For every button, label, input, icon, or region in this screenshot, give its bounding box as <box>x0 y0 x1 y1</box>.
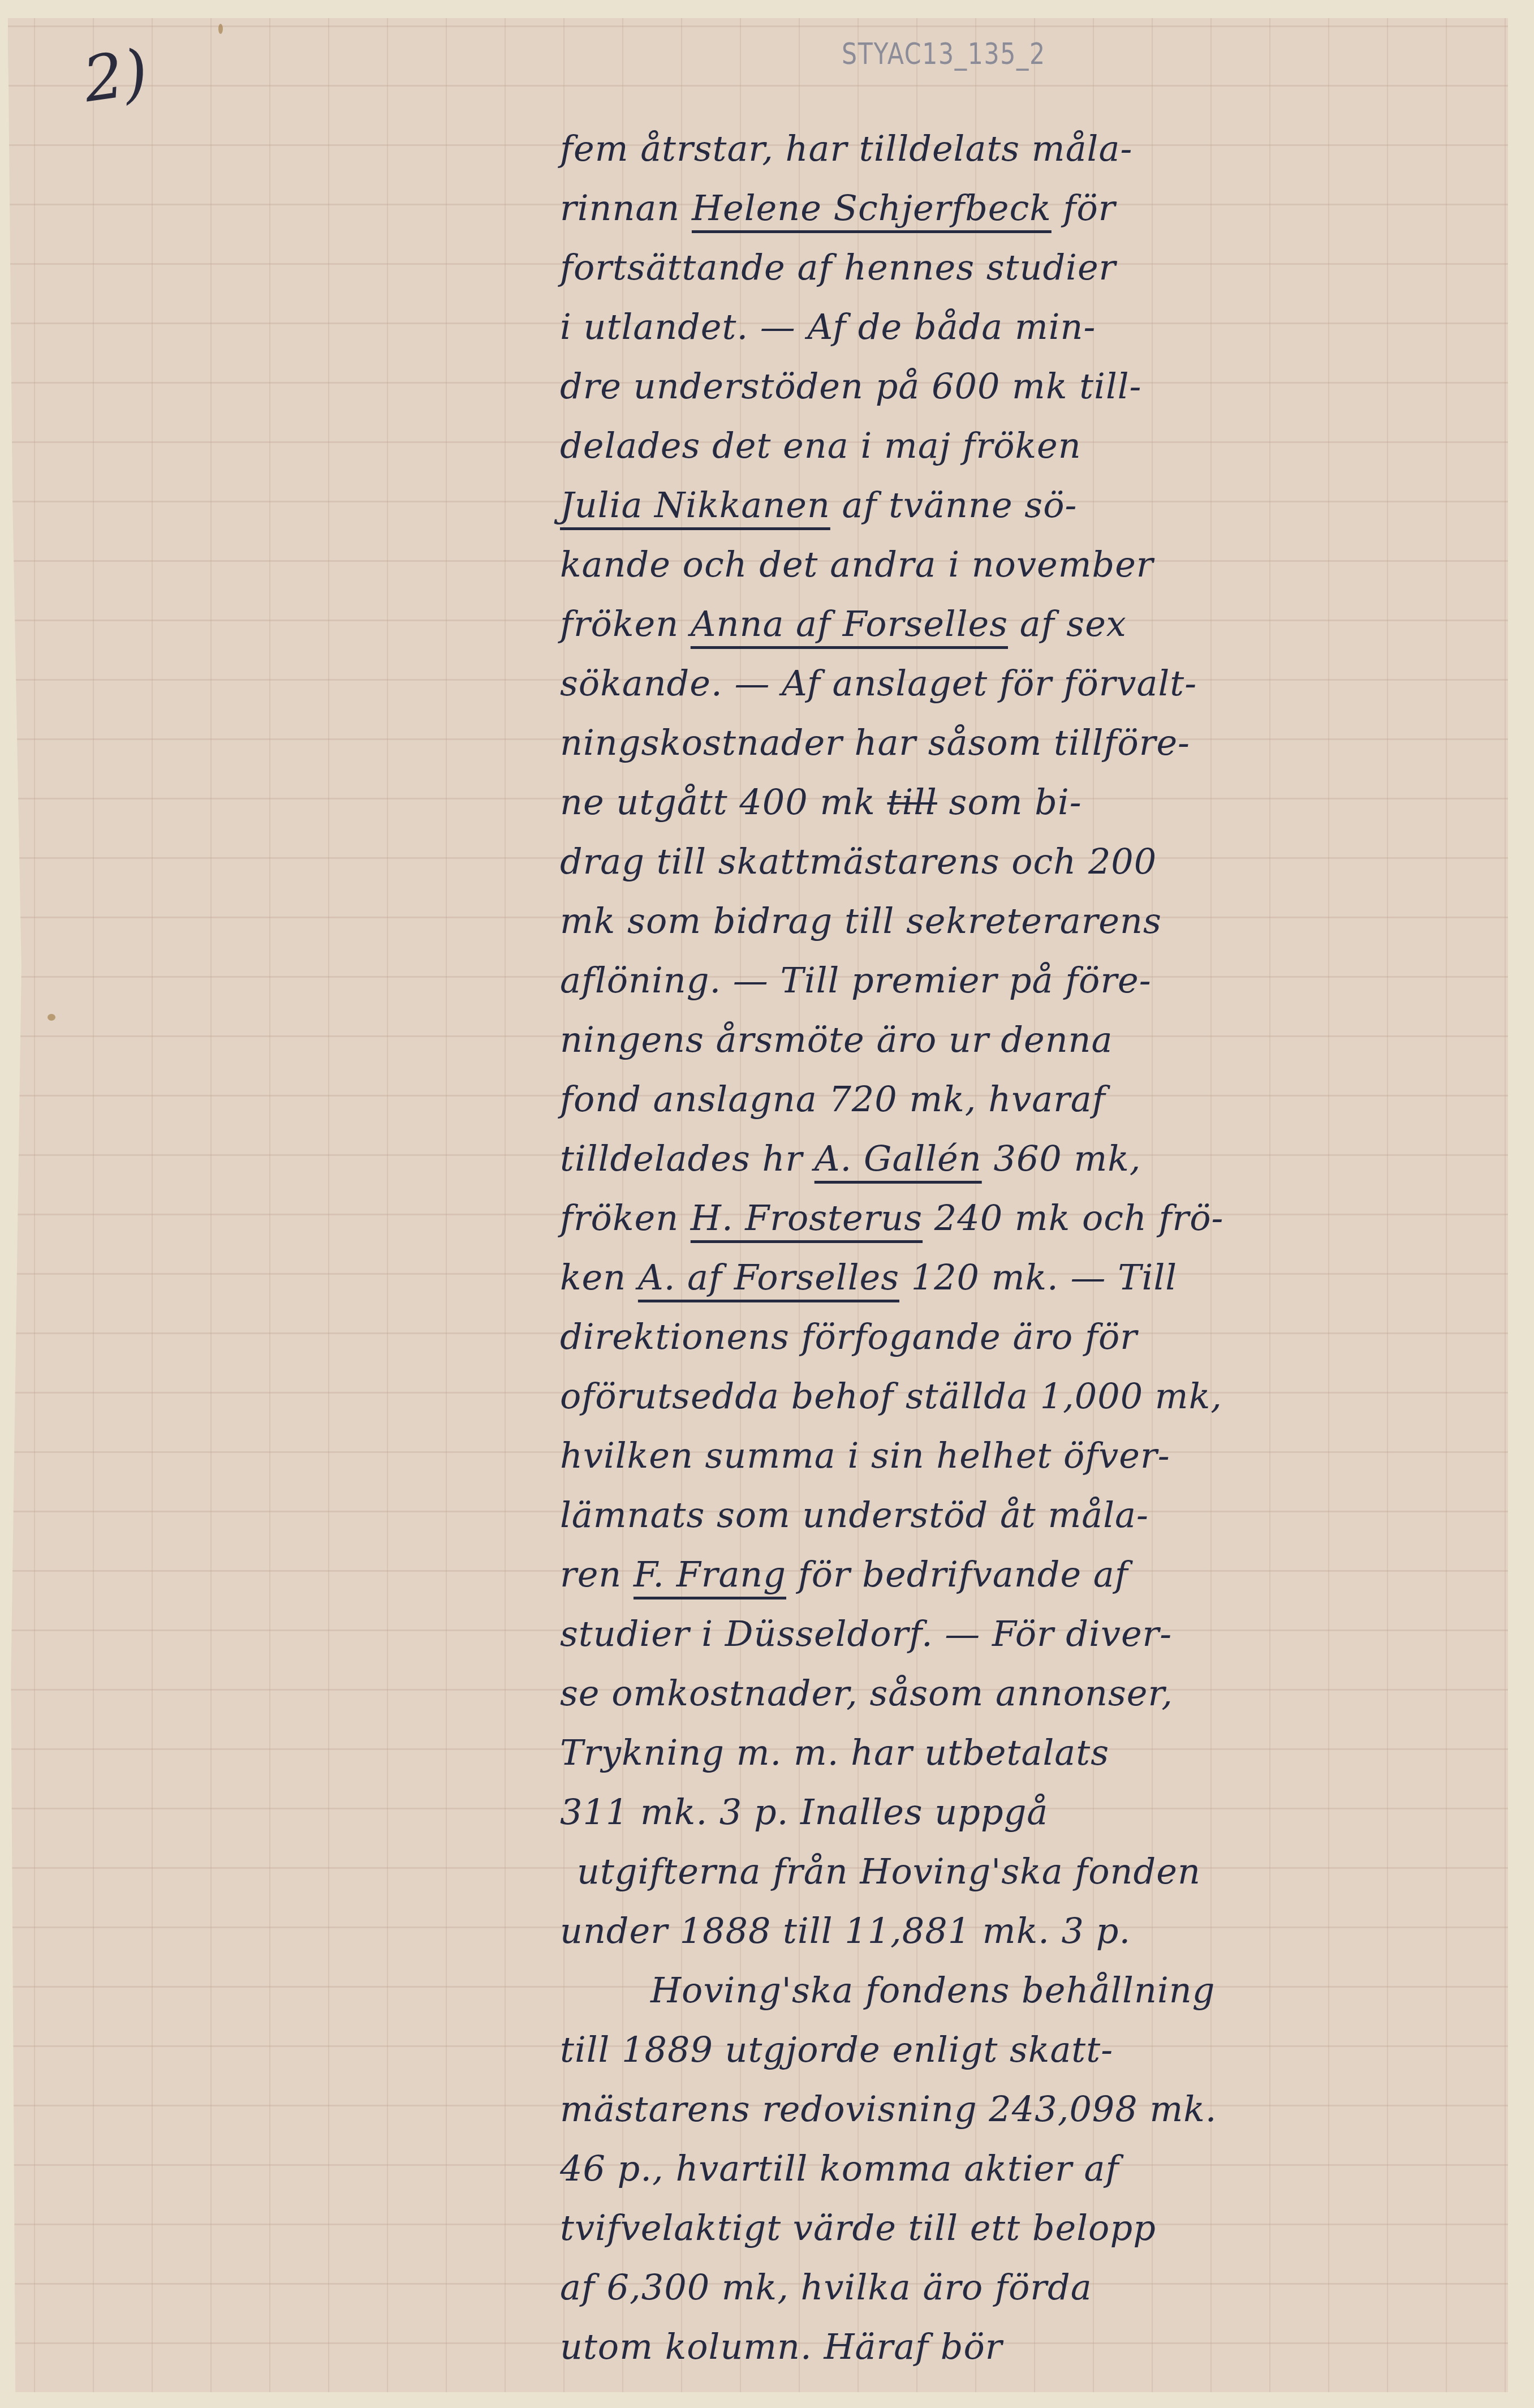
manuscript-line: Hoving'ska fondens behållning <box>560 1960 1493 2020</box>
manuscript-line: se omkostnader, såsom annonser, <box>560 1663 1493 1723</box>
underlined-name: Helene Schjerfbeck <box>692 187 1052 229</box>
manuscript-line: fem åtrstar, har tilldelats måla- <box>560 119 1493 178</box>
line-text: se omkostnader, såsom annonser, <box>560 1672 1173 1714</box>
manuscript-line: af 6,300 mk, hvilka äro förda <box>560 2257 1493 2317</box>
line-text: delades det ena i maj fröken <box>560 425 1081 466</box>
manuscript-line: mk som bidrag till sekreterarens <box>560 891 1493 951</box>
manuscript-line: fröken H. Frosterus 240 mk och frö- <box>560 1188 1493 1248</box>
line-text: tvifvelaktigt värde till ett belopp <box>560 2207 1156 2248</box>
manuscript-line: tvifvelaktigt värde till ett belopp <box>560 2198 1493 2257</box>
manuscript-line: oförutsedda behof ställda 1,000 mk, <box>560 1366 1493 1426</box>
underlined-name: Julia Nikkanen <box>560 484 830 526</box>
underlined-name: Anna af Forselles <box>691 603 1008 644</box>
manuscript-line: ningskostnader har såsom tillföre- <box>560 713 1493 772</box>
manuscript-line: 311 mk. 3 p. Inalles uppgå <box>560 1782 1493 1842</box>
manuscript-line: ne utgått 400 mk till som bi- <box>560 772 1493 832</box>
line-text: af tvänne sö- <box>830 484 1078 526</box>
manuscript-line: i utlandet. — Af de båda min- <box>560 297 1493 356</box>
line-text: utom kolumn. Häraf bör <box>560 2326 1002 2367</box>
line-text: sökande. — Af anslaget för förvalt- <box>560 663 1197 704</box>
manuscript-line: aflöning. — Till premier på före- <box>560 951 1493 1010</box>
underlined-name: H. Frosterus <box>691 1197 923 1239</box>
line-text: till 1889 utgjorde enligt skatt- <box>560 2029 1113 2070</box>
manuscript-line: ningens årsmöte äro ur denna <box>560 1010 1493 1069</box>
line-text: ningskostnader har såsom tillföre- <box>560 722 1190 763</box>
manuscript-line: Trykning m. m. har utbetalats <box>560 1723 1493 1782</box>
manuscript-line: mästarens redovisning 243,098 mk. <box>560 2079 1493 2139</box>
manuscript-line: fortsättande af hennes studier <box>560 238 1493 297</box>
manuscript-line: tilldelades hr A. Gallén 360 mk, <box>560 1129 1493 1188</box>
line-text: mk som bidrag till sekreterarens <box>560 900 1162 941</box>
line-text: ken <box>560 1257 638 1298</box>
manuscript-line: fröken Anna af Forselles af sex <box>560 594 1493 653</box>
line-text: lämnats som understöd åt måla- <box>560 1494 1149 1536</box>
line-text: Trykning m. m. har utbetalats <box>560 1732 1109 1773</box>
line-text: studier i Düsseldorf. — För diver- <box>560 1613 1172 1654</box>
line-text: fond anslagna 720 mk, hvaraf <box>560 1078 1106 1120</box>
manuscript-line: ren F. Frang för bedrifvande af <box>560 1545 1493 1604</box>
line-text: i utlandet. — Af de båda min- <box>560 306 1096 347</box>
manuscript-line: ken A. af Forselles 120 mk. — Till <box>560 1248 1493 1307</box>
line-text: 46 p., hvartill komma aktier af <box>560 2148 1119 2189</box>
line-text: mästarens redovisning 243,098 mk. <box>560 2088 1217 2130</box>
line-text: 360 mk, <box>982 1138 1141 1179</box>
manuscript-line: drag till skattmästarens och 200 <box>560 832 1493 891</box>
line-text: aflöning. — Till premier på före- <box>560 960 1152 1001</box>
line-text: kande och det andra i november <box>560 544 1153 585</box>
line-text: 120 mk. — Till <box>899 1257 1177 1298</box>
underlined-name: A. af Forselles <box>638 1257 899 1298</box>
manuscript-line: lämnats som understöd åt måla- <box>560 1485 1493 1545</box>
line-text: hvilken summa i sin helhet öfver- <box>560 1435 1170 1476</box>
line-text: af sex <box>1008 603 1127 644</box>
line-text: fröken <box>560 1197 691 1239</box>
ink-stain <box>218 24 223 34</box>
line-text: 240 mk och frö- <box>923 1197 1223 1239</box>
manuscript-line: studier i Düsseldorf. — För diver- <box>560 1604 1493 1663</box>
line-text: af 6,300 mk, hvilka äro förda <box>560 2267 1092 2308</box>
manuscript-line: fond anslagna 720 mk, hvaraf <box>560 1069 1493 1129</box>
underlined-name: F. Frang <box>634 1554 786 1595</box>
archive-id-label: STYAC13_135_2 <box>842 37 1046 71</box>
manuscript-line: delades det ena i maj fröken <box>560 416 1493 475</box>
line-text: 311 mk. 3 p. Inalles uppgå <box>560 1791 1048 1833</box>
line-text: drag till skattmästarens och 200 <box>560 841 1157 882</box>
manuscript-line: dre understöden på 600 mk till- <box>560 356 1493 416</box>
line-text: oförutsedda behof ställda 1,000 mk, <box>560 1375 1222 1417</box>
line-text: ningens årsmöte äro ur denna <box>560 1019 1113 1060</box>
line-text: utgifterna från Hoving'ska fonden <box>577 1851 1201 1892</box>
manuscript-line: Julia Nikkanen af tvänne sö- <box>560 475 1493 535</box>
line-text: ren <box>560 1554 634 1595</box>
line-text: för bedrifvande af <box>786 1554 1128 1595</box>
manuscript-line: 46 p., hvartill komma aktier af <box>560 2139 1493 2198</box>
line-text: ne utgått 400 mk <box>560 781 887 823</box>
manuscript-line: kande och det andra i november <box>560 535 1493 594</box>
line-text: för <box>1052 187 1116 229</box>
manuscript-line: utgifterna från Hoving'ska fonden <box>560 1842 1493 1901</box>
manuscript-line: hvilken summa i sin helhet öfver- <box>560 1426 1493 1485</box>
manuscript-line: direktionens förfogande äro för <box>560 1307 1493 1366</box>
struck-text: till <box>887 781 937 823</box>
handwritten-text-body: fem åtrstar, har tilldelats måla-rinnan … <box>560 119 1493 2376</box>
manuscript-line: sökande. — Af anslaget för förvalt- <box>560 653 1493 713</box>
line-text: tilldelades hr <box>560 1138 815 1179</box>
manuscript-line: till 1889 utgjorde enligt skatt- <box>560 2020 1493 2079</box>
manuscript-line: utom kolumn. Häraf bör <box>560 2317 1493 2376</box>
manuscript-line: under 1888 till 11,881 mk. 3 p. <box>560 1901 1493 1960</box>
ink-stain <box>48 1014 55 1021</box>
line-text: under 1888 till 11,881 mk. 3 p. <box>560 1910 1131 1951</box>
underlined-name: A. Gallén <box>815 1138 982 1179</box>
line-text: fröken <box>560 603 691 644</box>
line-text: fem åtrstar, har tilldelats måla- <box>560 128 1132 169</box>
line-text: fortsättande af hennes studier <box>560 247 1116 288</box>
line-text: som bi- <box>937 781 1082 823</box>
page-number: 2) <box>79 36 153 116</box>
manuscript-line: rinnan Helene Schjerfbeck för <box>560 178 1493 238</box>
line-text: dre understöden på 600 mk till- <box>560 365 1142 407</box>
line-text: Hoving'ska fondens behållning <box>650 1970 1215 2011</box>
line-text: rinnan <box>560 187 692 229</box>
line-text: direktionens förfogande äro för <box>560 1316 1137 1357</box>
